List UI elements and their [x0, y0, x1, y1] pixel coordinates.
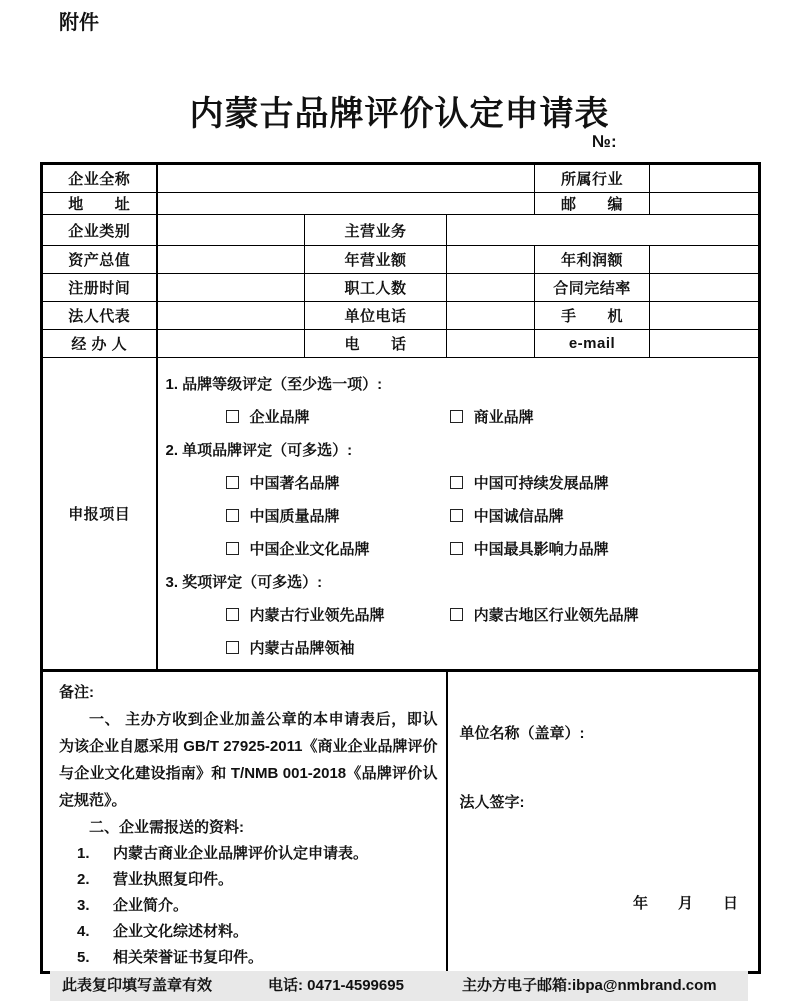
- footer-bar: 此表复印填写盖章有效 电话: 0471-4599695 主办方电子邮箱:ibpa…: [50, 971, 748, 1001]
- field-label-company-phone: 单位电话: [305, 302, 447, 330]
- option-group-heading: 1. 品牌等级评定（至少选一项）:: [158, 368, 759, 401]
- table-row: 注册时间 职工人数 合同完结率: [42, 274, 760, 302]
- field-label-address: 地 址: [42, 193, 157, 215]
- field-value-mobile[interactable]: [650, 302, 760, 330]
- option-label: 企业品牌: [250, 409, 310, 426]
- field-value-contract-completion-rate[interactable]: [650, 274, 760, 302]
- option-label: 内蒙古行业领先品牌: [250, 607, 385, 624]
- table-row: 企业全称 所属行业: [42, 164, 760, 193]
- list-item: 4.企业文化综述材料。: [59, 919, 438, 945]
- option-label: 中国著名品牌: [250, 475, 340, 492]
- footer-email: 主办方电子邮箱:ibpa@nmbrand.com: [462, 971, 717, 1001]
- field-value-legal-representative[interactable]: [157, 302, 305, 330]
- field-label-legal-representative: 法人代表: [42, 302, 157, 330]
- field-value-address[interactable]: [157, 193, 535, 215]
- checkbox-option-china-sustainable-brand[interactable]: 中国可持续发展品牌: [450, 467, 609, 500]
- checkbox-option-china-integrity-brand[interactable]: 中国诚信品牌: [450, 500, 564, 533]
- checkbox-option-commercial-brand[interactable]: 商业品牌: [450, 401, 534, 434]
- field-label-registration-date: 注册时间: [42, 274, 157, 302]
- checkbox-option-china-famous-brand[interactable]: 中国著名品牌: [226, 467, 446, 500]
- field-label-mobile: 手 机: [535, 302, 650, 330]
- field-value-company-type[interactable]: [157, 215, 305, 246]
- date-label: 年 月 日: [460, 892, 745, 913]
- footer-phone: 电话: 0471-4599695: [268, 971, 404, 1001]
- option-row: 内蒙古品牌领袖: [158, 632, 759, 665]
- field-label-total-assets: 资产总值: [42, 246, 157, 274]
- field-value-email[interactable]: [650, 330, 760, 358]
- field-value-employee-count[interactable]: [447, 274, 535, 302]
- attachment-label: 附件: [59, 6, 99, 35]
- option-label: 中国最具影响力品牌: [474, 541, 609, 558]
- checkbox-icon[interactable]: [226, 410, 239, 423]
- field-label-company-type: 企业类别: [42, 215, 157, 246]
- field-value-registration-date[interactable]: [157, 274, 305, 302]
- checkbox-icon[interactable]: [450, 476, 463, 489]
- checkbox-icon[interactable]: [226, 476, 239, 489]
- document-page: { "page": { "attachment_label": "附件", "t…: [0, 0, 799, 1008]
- table-row: 地 址 邮 编: [42, 193, 760, 215]
- field-label-company-name: 企业全称: [42, 164, 157, 193]
- checkbox-icon[interactable]: [226, 542, 239, 555]
- option-label: 内蒙古品牌领袖: [250, 640, 355, 657]
- unit-seal-label: 单位名称（盖章）:: [460, 722, 745, 743]
- option-label: 中国可持续发展品牌: [474, 475, 609, 492]
- table-row: 资产总值 年营业额 年利润额: [42, 246, 760, 274]
- checkbox-icon[interactable]: [226, 509, 239, 522]
- list-item: 3.企业简介。: [59, 893, 438, 919]
- checkbox-icon[interactable]: [450, 410, 463, 423]
- field-label-main-business: 主营业务: [305, 215, 447, 246]
- remarks-paragraph-1: 一、 主办方收到企业加盖公章的本申请表后，即认为该企业自愿采用 GB/T 279…: [59, 706, 438, 814]
- signature-cell: 单位名称（盖章）: 法人签字: 年 月 日: [447, 671, 760, 973]
- option-row: 企业品牌 商业品牌: [158, 401, 759, 434]
- checkbox-option-enterprise-brand[interactable]: 企业品牌: [226, 401, 446, 434]
- checkbox-option-nmg-industry-leading-brand[interactable]: 内蒙古行业领先品牌: [226, 599, 446, 632]
- field-label-employee-count: 职工人数: [305, 274, 447, 302]
- field-value-main-business[interactable]: [447, 215, 760, 246]
- checkbox-icon[interactable]: [450, 542, 463, 555]
- field-value-handler[interactable]: [157, 330, 305, 358]
- field-value-postcode[interactable]: [650, 193, 760, 215]
- field-value-total-assets[interactable]: [157, 246, 305, 274]
- field-label-contract-completion-rate: 合同完结率: [535, 274, 650, 302]
- table-row: 备注: 一、 主办方收到企业加盖公章的本申请表后，即认为该企业自愿采用 GB/T…: [42, 671, 760, 973]
- checkbox-option-nmg-brand-leader[interactable]: 内蒙古品牌领袖: [226, 632, 446, 665]
- checkbox-icon[interactable]: [450, 608, 463, 621]
- checkbox-icon[interactable]: [450, 509, 463, 522]
- footer-note: 此表复印填写盖章有效: [62, 971, 212, 1001]
- option-group-heading: 3. 奖项评定（可多选）:: [158, 566, 759, 599]
- checkbox-icon[interactable]: [226, 641, 239, 654]
- checkbox-option-china-quality-brand[interactable]: 中国质量品牌: [226, 500, 446, 533]
- field-value-annual-revenue[interactable]: [447, 246, 535, 274]
- option-row: 中国质量品牌 中国诚信品牌: [158, 500, 759, 533]
- option-label: 中国企业文化品牌: [250, 541, 370, 558]
- option-label: 内蒙古地区行业领先品牌: [474, 607, 639, 624]
- option-row: 中国著名品牌 中国可持续发展品牌: [158, 467, 759, 500]
- field-value-company-phone[interactable]: [447, 302, 535, 330]
- field-label-annual-revenue: 年营业额: [305, 246, 447, 274]
- field-label-phone: 电 话: [305, 330, 447, 358]
- application-items-label: 申报项目: [42, 358, 157, 671]
- list-item: 5.相关荣誉证书复印件。: [59, 945, 438, 971]
- field-value-company-name[interactable]: [157, 164, 535, 193]
- field-value-industry[interactable]: [650, 164, 760, 193]
- field-value-phone[interactable]: [447, 330, 535, 358]
- table-row: 经 办 人 电 话 e-mail: [42, 330, 760, 358]
- field-label-annual-profit: 年利润额: [535, 246, 650, 274]
- field-label-email: e-mail: [535, 330, 650, 358]
- legal-sign-label: 法人签字:: [460, 791, 745, 812]
- application-items-cell: 1. 品牌等级评定（至少选一项）: 企业品牌 商业品牌 2. 单项品牌评定（可多…: [157, 358, 760, 671]
- page-title: 内蒙古品牌评价认定申请表: [0, 86, 799, 135]
- option-label: 商业品牌: [474, 409, 534, 426]
- remarks-paragraph-2: 二、企业需报送的资料:: [59, 814, 438, 841]
- option-group-heading: 2. 单项品牌评定（可多选）:: [158, 434, 759, 467]
- table-row: 法人代表 单位电话 手 机: [42, 302, 760, 330]
- form-number-label: №:: [592, 132, 617, 152]
- checkbox-option-china-influential-brand[interactable]: 中国最具影响力品牌: [450, 533, 609, 566]
- checkbox-option-nmg-regional-leading-brand[interactable]: 内蒙古地区行业领先品牌: [450, 599, 639, 632]
- remarks-title: 备注:: [59, 680, 438, 706]
- field-value-annual-profit[interactable]: [650, 246, 760, 274]
- table-row: 企业类别 主营业务: [42, 215, 760, 246]
- list-item: 2.营业执照复印件。: [59, 867, 438, 893]
- table-row: 申报项目 1. 品牌等级评定（至少选一项）: 企业品牌 商业品牌 2. 单项品牌…: [42, 358, 760, 671]
- option-row: 中国企业文化品牌 中国最具影响力品牌: [158, 533, 759, 566]
- field-label-industry: 所属行业: [535, 164, 650, 193]
- remarks-cell: 备注: 一、 主办方收到企业加盖公章的本申请表后，即认为该企业自愿采用 GB/T…: [42, 671, 447, 973]
- list-item: 1.内蒙古商业企业品牌评价认定申请表。: [59, 841, 438, 867]
- field-label-handler: 经 办 人: [42, 330, 157, 358]
- application-form-table: 企业全称 所属行业 地 址 邮 编 企业类别 主营业务 资产总值 年营业额 年利…: [40, 162, 761, 974]
- field-label-postcode: 邮 编: [535, 193, 650, 215]
- option-label: 中国质量品牌: [250, 508, 340, 525]
- option-row: 内蒙古行业领先品牌 内蒙古地区行业领先品牌: [158, 599, 759, 632]
- option-label: 中国诚信品牌: [474, 508, 564, 525]
- checkbox-icon[interactable]: [226, 608, 239, 621]
- checkbox-option-china-culture-brand[interactable]: 中国企业文化品牌: [226, 533, 446, 566]
